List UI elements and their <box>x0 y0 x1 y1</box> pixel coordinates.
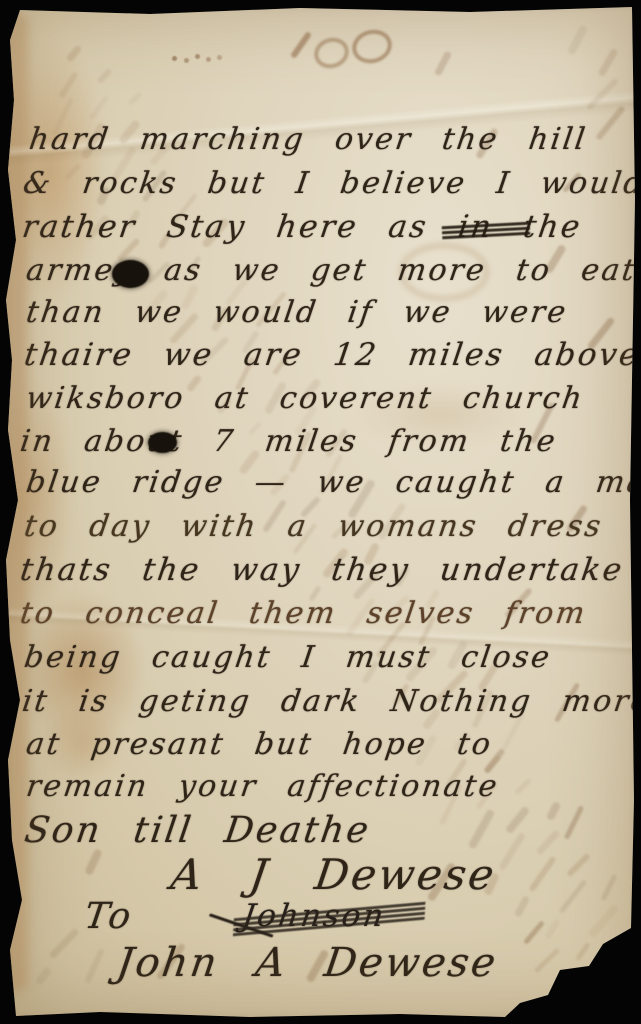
bleed-mark <box>84 848 103 876</box>
bleed-mark <box>58 71 79 99</box>
letter-page: hard marching over the hill & rocks but … <box>0 0 641 1024</box>
bleed-mark <box>586 77 619 110</box>
bleed-mark <box>545 918 561 939</box>
bleed-mark <box>514 895 531 918</box>
letter-line: remain your affectionate <box>24 769 501 804</box>
bleed-mark <box>66 44 83 62</box>
bleed-mark <box>35 966 53 986</box>
letter-line: in about 7 miles from the <box>18 424 560 459</box>
letter-line: it is geting dark Nothing more <box>20 684 641 719</box>
faded-ink-dots <box>172 56 177 61</box>
bleed-mark <box>128 91 143 106</box>
bleed-mark <box>559 879 588 914</box>
letter-line: being caught I must close <box>22 640 554 675</box>
bleed-mark <box>434 50 452 76</box>
bleed-mark <box>514 778 532 795</box>
bleed-mark <box>575 942 590 961</box>
bleed-mark <box>564 805 584 840</box>
letter-line: hard marching over the hill <box>27 122 590 157</box>
bleed-mark <box>97 68 113 85</box>
bleed-mark <box>546 801 562 822</box>
bleed-mark <box>566 853 591 878</box>
letter-line: to day with a womans dress on <box>22 509 641 544</box>
bleed-mark <box>84 948 105 984</box>
bleed-mark <box>535 829 560 856</box>
letter-line: thaire we are 12 miles above <box>22 337 641 373</box>
letter-line: thats the way they undertake <box>18 552 626 588</box>
ink-blot <box>148 432 177 453</box>
bleed-mark <box>523 920 545 945</box>
struck-out-addressee: Johnson <box>240 898 388 934</box>
letter-line: at presant but hope to <box>24 727 495 762</box>
bleed-mark <box>567 24 588 55</box>
bleed-mark <box>588 904 620 939</box>
letter-line: & rocks but I believe I would <box>21 166 641 201</box>
letter-line: wiksboro at coverent church <box>24 381 586 416</box>
letter-line: blue ridge — we caught a man <box>24 465 641 500</box>
bleed-mark <box>595 105 625 141</box>
bleed-mark <box>528 855 556 892</box>
bleed-mark <box>534 948 560 974</box>
bleed-mark <box>89 95 110 121</box>
letter-line: to conceal them selves from <box>18 596 589 631</box>
bleed-mark <box>505 805 531 834</box>
letter-line: than we would if we were <box>24 295 570 330</box>
ink-blot <box>112 260 149 288</box>
faded-numeral-mark <box>310 33 353 72</box>
signature-initials: A J Dewese <box>168 850 500 899</box>
bleed-mark <box>597 48 618 77</box>
bleed-mark <box>468 808 496 849</box>
addressee-prefix: To <box>82 896 136 937</box>
bleed-mark <box>498 832 526 871</box>
bleed-mark <box>48 927 79 959</box>
bleed-mark <box>601 874 618 901</box>
letter-line: Son till Deathe <box>22 810 373 851</box>
scanned-letter-image: hard marching over the hill & rocks but … <box>0 0 641 1024</box>
faded-pen-stroke <box>290 31 312 59</box>
faded-numeral-mark <box>348 25 395 67</box>
signature-full: John A Dewese <box>114 940 501 986</box>
